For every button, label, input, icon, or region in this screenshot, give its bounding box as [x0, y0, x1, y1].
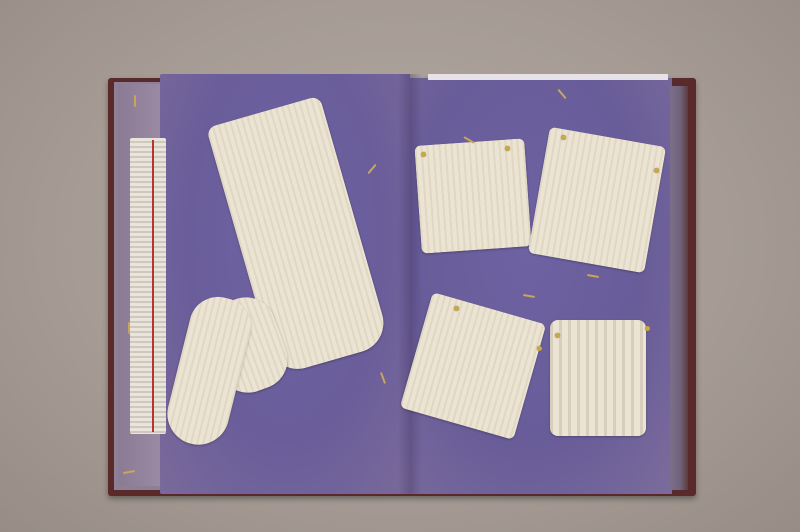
right-page-edges: [670, 86, 688, 490]
ribbed-swatch-4: [550, 320, 646, 436]
needle-icon: [128, 322, 130, 334]
fringed-lace-strip: [130, 138, 166, 434]
pin-icon: [645, 326, 650, 331]
pin-icon: [505, 146, 510, 151]
pin-icon: [454, 306, 459, 311]
pin-icon: [561, 135, 566, 140]
book-gutter: [398, 74, 422, 494]
knitted-swatch-1: [414, 138, 531, 253]
loose-paper-edge: [428, 74, 668, 80]
pin-icon: [421, 152, 426, 157]
knitted-swatch-2: [528, 127, 666, 274]
photo-scene: [0, 0, 800, 532]
red-thread-stripe: [152, 140, 154, 432]
pin-icon: [654, 168, 659, 173]
pin-icon: [537, 346, 542, 351]
pin-icon: [555, 333, 560, 338]
needle-icon: [134, 95, 136, 107]
